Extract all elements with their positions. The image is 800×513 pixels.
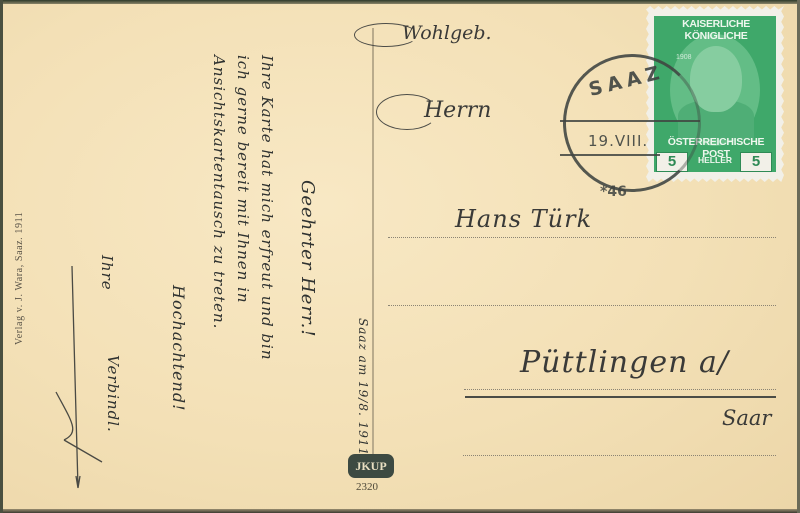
message-line-3: Ansichtskartentausch zu treten. (210, 55, 228, 329)
message-closing: Hochachtend! (169, 285, 188, 412)
publisher-imprint: Verlag v. J. Wara, Saaz. 1911 (14, 212, 25, 345)
stamp-value-right: 5 (740, 152, 772, 172)
address-line-3 (464, 389, 776, 390)
message-line-1: Ihre Karte hat mich erfreut und bin (258, 55, 276, 361)
stamp-top-text: KAISERLICHE KÖNIGLICHE (660, 18, 772, 42)
message-date: Saaz am 19/8. 1911 (356, 318, 370, 456)
address-honorific: Wohlgeb. (402, 22, 492, 44)
postmark-band (560, 154, 660, 156)
signature-flourish (52, 262, 112, 492)
message-line-2: ich gerne bereit mit Ihnen in (234, 55, 252, 304)
address-city: Püttlingen a/ (520, 345, 729, 380)
center-divider (372, 28, 374, 456)
address-name: Hans Türk (455, 205, 592, 233)
postmark-band (560, 120, 700, 122)
postcard-back: Verlag v. J. Wara, Saaz. 1911 Saaz am 19… (0, 0, 800, 513)
address-line-4 (463, 455, 776, 456)
card-number: 2320 (356, 481, 378, 493)
stamp-currency: HELLER (696, 155, 734, 165)
address-underline-solid (465, 396, 776, 398)
postmark-date: 19.VIII. (588, 132, 648, 150)
stamp-year: 1908 (676, 54, 692, 61)
address-line-1 (388, 237, 776, 238)
card-edge-bottom (0, 509, 800, 513)
card-edge-left (0, 0, 3, 513)
address-region: Saar (722, 406, 771, 430)
address-title: Herrn (424, 98, 491, 123)
publisher-logo: JKUP (350, 456, 392, 476)
card-edge-top (0, 0, 800, 4)
address-line-2 (388, 305, 776, 306)
postmark-number: *46 (600, 184, 627, 200)
message-salutation: Geehrter Herr.! (297, 180, 318, 338)
